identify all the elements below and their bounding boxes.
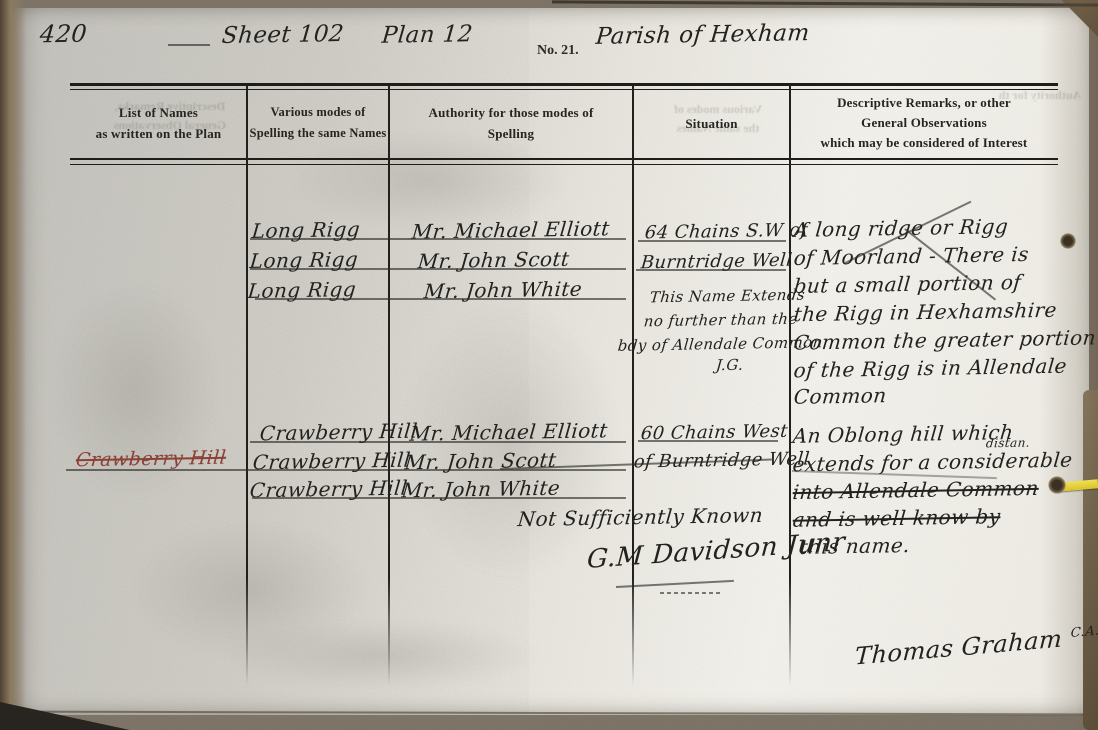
remark-line: A long ridge or Rigg (793, 214, 1010, 242)
situation-note-line: This Name Extends (649, 286, 806, 307)
examiner-note: Not Sufficiently Known (517, 503, 764, 531)
pen-baseline (638, 440, 778, 442)
pen-baseline (250, 238, 626, 240)
pen-baseline (66, 469, 626, 471)
header-line: Spelling (488, 123, 534, 144)
entry-number-label: No. 21. (537, 43, 579, 59)
header-line: Authority for those modes of (429, 102, 594, 123)
situation-note-line: no further than the (643, 310, 798, 331)
header-bottom-rule (70, 158, 1058, 160)
book-pages-edge (1083, 390, 1098, 730)
header-line: General Observations (861, 113, 987, 133)
sheet-label: Sheet 102 (221, 21, 345, 49)
header-line: which may be considered of Interest (821, 133, 1028, 153)
bleedthrough-text: Authority for th (990, 86, 1090, 105)
header-line: Various modes of (270, 102, 365, 123)
scanned-name-book-page: 420 Sheet 102 Plan 12 No. 21. Parish of … (0, 0, 1098, 730)
remark-line: the Rigg in Hexhamshire (793, 298, 1058, 327)
column-divider (246, 84, 248, 686)
book-binding-edge (0, 0, 26, 730)
remark-insertion: distan. (985, 436, 1030, 451)
signature-squiggle (660, 592, 720, 594)
bleedthrough-text: Descriptive Remarks, General Observation… (95, 97, 245, 135)
column-divider (789, 84, 791, 686)
examiner-initials: J.G. (715, 356, 744, 374)
pen-baseline (252, 497, 626, 499)
pen-baseline (636, 269, 786, 271)
bleedthrough-line: General Observations (95, 116, 245, 135)
pen-baseline (255, 298, 626, 300)
pen-baseline (638, 240, 786, 242)
remark-line: this name. (799, 533, 911, 559)
remark-line-struck: into Allendale Common (792, 476, 1040, 504)
remark-line: of Moorland - There is (793, 242, 1030, 270)
pen-baseline (250, 268, 626, 270)
bleedthrough-line: Descriptive Remarks, (95, 97, 245, 116)
bleedthrough-line: the same Names (648, 119, 788, 138)
punch-hole (1060, 233, 1076, 249)
plan-label: Plan 12 (381, 21, 474, 49)
header-bottom-rule-inner (70, 164, 1058, 165)
remark-line: of the Rigg is in Allendale (793, 354, 1068, 383)
parish-label: Parish of Hexham (595, 20, 811, 50)
authority-entry: Mr. Michael Elliott (411, 216, 611, 243)
bleedthrough-text: Various modes of the same Names (648, 100, 788, 138)
header-various-modes: Various modes of Spelling the same Names (247, 90, 389, 156)
remark-line: Common (793, 383, 888, 409)
table-top-rule (70, 83, 1058, 86)
surveyor-credentials: C.A. (1070, 623, 1098, 640)
page-number: 420 (39, 20, 89, 49)
pen-dash (168, 44, 210, 46)
column-divider (632, 84, 634, 686)
column-divider (388, 84, 390, 686)
page-top-edge (552, 0, 1098, 6)
remark-line: An Oblong hill which (792, 420, 1015, 448)
plan-name-entry-struck: Crawberry Hill (75, 447, 227, 472)
bleedthrough-line: Authority for th (990, 86, 1090, 105)
header-authority: Authority for those modes of Spelling (389, 90, 633, 156)
remark-line-struck: and is well know by (792, 504, 1002, 532)
punch-hole (1048, 476, 1066, 494)
pen-baseline (250, 441, 626, 443)
bleedthrough-line: Various modes of (648, 100, 788, 119)
header-line: Spelling the same Names (250, 123, 387, 144)
header-line: Descriptive Remarks, or other (837, 93, 1011, 113)
